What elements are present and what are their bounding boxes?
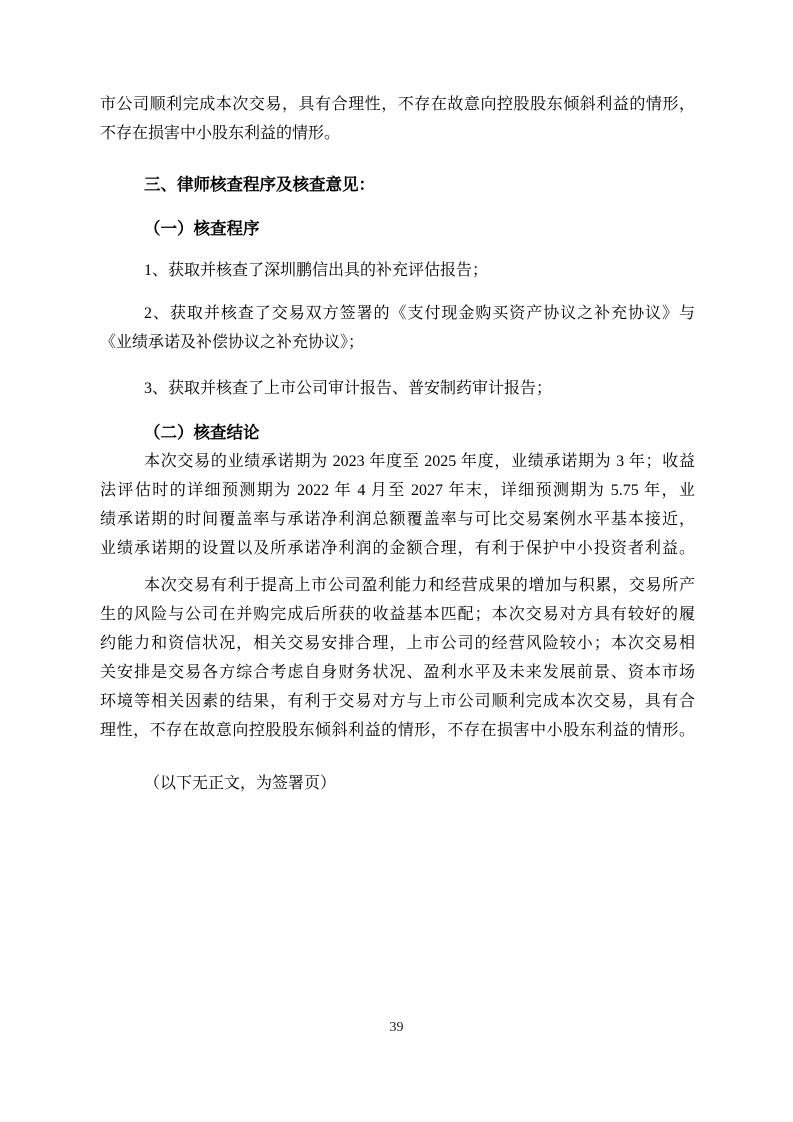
- closing-note: （以下无正文，为签署页）: [100, 769, 695, 798]
- paragraph-line: 3、获取并核查了上市公司审计报告、普安制药审计报告；: [100, 374, 695, 403]
- conclusion-paragraph-2: 本次交易有利于提高上市公司盈利能力和经营成果的增加与积累，交易所产 生的风险与公…: [100, 571, 695, 745]
- subsection-heading-conclusion: （二）核查结论: [100, 418, 695, 447]
- paragraph-line: 本次交易的业绩承诺期为 2023 年度至 2025 年度，业绩承诺期为 3 年；…: [100, 447, 695, 476]
- numbered-item-2: 2、获取并核查了交易双方签署的《支付现金购买资产协议之补充协议》与 《业绩承诺及…: [100, 299, 695, 357]
- paragraph-line: 约能力和资信状况，相关交易安排合理，上市公司的经营风险较小；本次交易相: [100, 629, 695, 658]
- paragraph-line: 业绩承诺期的设置以及所承诺净利润的金额合理，有利于保护中小投资者利益。: [100, 534, 695, 563]
- paragraph-line: 绩承诺期的时间覆盖率与承诺净利润总额覆盖率与可比交易案例水平基本接近，: [100, 505, 695, 534]
- paragraph-line: 生的风险与公司在并购完成后所获的收益基本匹配；本次交易对方具有较好的履: [100, 600, 695, 629]
- paragraph-line: 《业绩承诺及补偿协议之补充协议》；: [100, 328, 695, 357]
- numbered-item-3: 3、获取并核查了上市公司审计报告、普安制药审计报告；: [100, 374, 695, 403]
- paragraph-line: 不存在损害中小股东利益的情形。: [100, 119, 695, 148]
- numbered-item-1: 1、获取并核查了深圳鹏信出具的补充评估报告；: [100, 256, 695, 285]
- continued-paragraph: 市公司顺利完成本次交易，具有合理性，不存在故意向控股股东倾斜利益的情形， 不存在…: [100, 90, 695, 148]
- page-number: 39: [390, 1020, 404, 1035]
- paragraph-line: （以下无正文，为签署页）: [100, 769, 695, 798]
- conclusion-paragraph-1: 本次交易的业绩承诺期为 2023 年度至 2025 年度，业绩承诺期为 3 年；…: [100, 447, 695, 563]
- section-heading: 三、律师核查程序及核查意见：: [100, 170, 695, 199]
- paragraph-line: 环境等相关因素的结果，有利于交易对方与上市公司顺利完成本次交易，具有合: [100, 687, 695, 716]
- paragraph-line: 法评估时的详细预测期为 2022 年 4 月至 2027 年末，详细预测期为 5…: [100, 476, 695, 505]
- paragraph-line: 理性，不存在故意向控股股东倾斜利益的情形，不存在损害中小股东利益的情形。: [100, 716, 695, 745]
- paragraph-line: 2、获取并核查了交易双方签署的《支付现金购买资产协议之补充协议》与: [100, 299, 695, 328]
- paragraph-line: 关安排是交易各方综合考虑自身财务状况、盈利水平及未来发展前景、资本市场: [100, 658, 695, 687]
- subsection-heading-procedure: （一）核查程序: [100, 214, 695, 243]
- paragraph-line: 本次交易有利于提高上市公司盈利能力和经营成果的增加与积累，交易所产: [100, 571, 695, 600]
- paragraph-line: 1、获取并核查了深圳鹏信出具的补充评估报告；: [100, 256, 695, 285]
- paragraph-line: 市公司顺利完成本次交易，具有合理性，不存在故意向控股股东倾斜利益的情形，: [100, 90, 695, 119]
- page-footer: 39: [0, 1018, 793, 1037]
- document-page: 市公司顺利完成本次交易，具有合理性，不存在故意向控股股东倾斜利益的情形， 不存在…: [0, 0, 793, 1122]
- document-body: 市公司顺利完成本次交易，具有合理性，不存在故意向控股股东倾斜利益的情形， 不存在…: [100, 90, 695, 798]
